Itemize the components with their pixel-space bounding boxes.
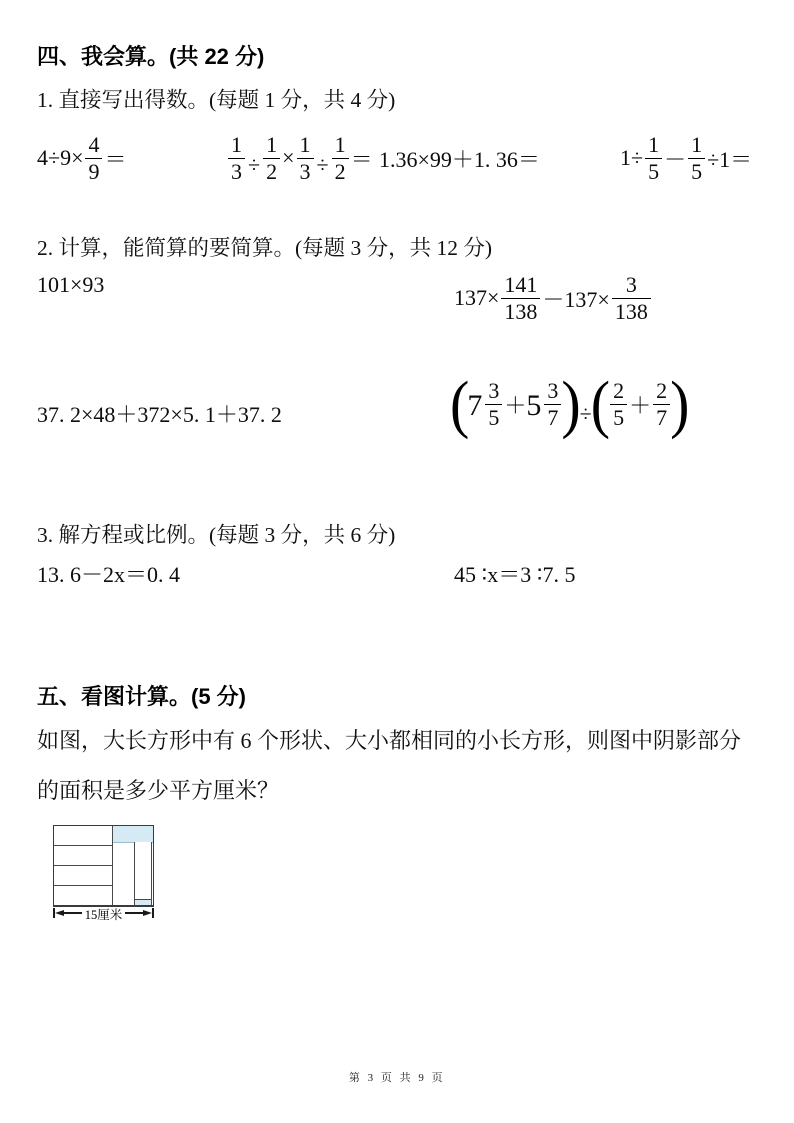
math-text: 137×: [454, 285, 499, 311]
expression-q2-2: 137×141138－137×3138: [454, 271, 653, 325]
minus-sign: －: [664, 143, 686, 174]
small-rect: [54, 866, 112, 886]
math-text: 1.36×99＋1. 36＝: [379, 143, 540, 174]
question-text-line1: 如图，大长方形中有 6 个形状、大小都相同的小长方形，则图中阴影部分: [37, 727, 741, 755]
fraction: 13: [228, 133, 245, 182]
right-paren: ): [670, 375, 689, 433]
vertical-small-rect: [134, 842, 152, 900]
math-text: ＝: [104, 143, 126, 174]
left-paren: (: [591, 375, 610, 433]
fraction: 15: [645, 133, 662, 182]
arrowhead-right-icon: [143, 910, 152, 916]
dimension-tick-right: [152, 908, 154, 918]
exam-page: 四、我会算。(共 22 分) 1. 直接写出得数。(每题 1 分，共 4 分) …: [0, 0, 794, 1123]
math-text: 37. 2×48＋372×5. 1＋37. 2: [37, 398, 282, 429]
plus-sign: ＋: [504, 389, 526, 420]
q3-label: 3. 解方程或比例。(每题 3 分，共 6 分): [37, 521, 395, 549]
expression-q1-2: 13÷12×13÷12＝: [226, 131, 373, 185]
question-text-line2: 的面积是多少平方厘米？: [37, 777, 279, 805]
whole-number: 7: [467, 389, 482, 423]
fraction: 27: [653, 379, 670, 428]
math-text: －137×: [542, 283, 609, 314]
fraction: 3138: [612, 273, 651, 322]
math-text: ÷1＝: [707, 143, 752, 174]
fraction: 141138: [501, 273, 540, 322]
whole-number: 5: [526, 389, 541, 423]
width-dimension-arrow: 15厘米: [53, 906, 154, 920]
expression-q3-2: 45 ∶x＝3 ∶7. 5: [454, 559, 575, 587]
page-footer: 第 3 页 共 9 页: [0, 1069, 794, 1085]
expression-q1-3: 1.36×99＋1. 36＝: [379, 131, 540, 185]
fraction: 13: [297, 133, 314, 182]
small-rect: [54, 826, 112, 846]
fraction: 37: [544, 379, 561, 428]
fraction: 25: [610, 379, 627, 428]
section5-title: 五、看图计算。(5 分): [37, 684, 246, 710]
q1-label: 1. 直接写出得数。(每题 1 分，共 4 分): [37, 86, 395, 114]
dimension-line: [64, 912, 82, 913]
fraction: 15: [688, 133, 705, 182]
expression-q1-1: 4÷9×49＝: [37, 131, 127, 185]
fraction: 12: [263, 133, 280, 182]
plus-sign: ＋: [629, 389, 651, 420]
fraction: 35: [485, 379, 502, 428]
expression-q2-4: (735＋537)÷(25＋27): [452, 365, 687, 443]
left-rect-stack: [54, 826, 113, 905]
q2-label: 2. 计算，能简算的要简算。(每题 3 分，共 12 分): [37, 234, 492, 262]
multiply-sign: ×: [282, 145, 294, 171]
small-rect: [54, 886, 112, 905]
expression-q3-1: 13. 6－2x＝0. 4: [37, 559, 180, 587]
section4-title: 四、我会算。(共 22 分): [37, 44, 264, 70]
fraction: 12: [332, 133, 349, 182]
figure-rectangle-diagram: [53, 825, 154, 907]
math-text: 45 ∶x＝3 ∶7. 5: [454, 558, 575, 589]
math-text: 1÷: [620, 145, 643, 171]
math-text: 4÷9×: [37, 145, 83, 171]
dimension-line: [125, 912, 143, 913]
divide-sign: ÷: [317, 152, 329, 178]
width-label: 15厘米: [82, 905, 126, 923]
math-text: 101×93: [37, 272, 104, 298]
arrowhead-left-icon: [55, 910, 64, 916]
shaded-region-bottom: [134, 900, 152, 905]
fraction: 49: [85, 133, 102, 182]
expression-q2-3: 37. 2×48＋372×5. 1＋37. 2: [37, 399, 282, 427]
divide-sign: ÷: [248, 152, 260, 178]
expression-q1-4: 1÷15－15÷1＝: [620, 131, 752, 185]
expression-q2-1: 101×93: [37, 271, 104, 299]
equals-sign: ＝: [351, 143, 373, 174]
right-paren: ): [561, 375, 580, 433]
small-rect: [54, 846, 112, 866]
shaded-region-top: [113, 826, 153, 843]
math-text: 13. 6－2x＝0. 4: [37, 558, 180, 589]
